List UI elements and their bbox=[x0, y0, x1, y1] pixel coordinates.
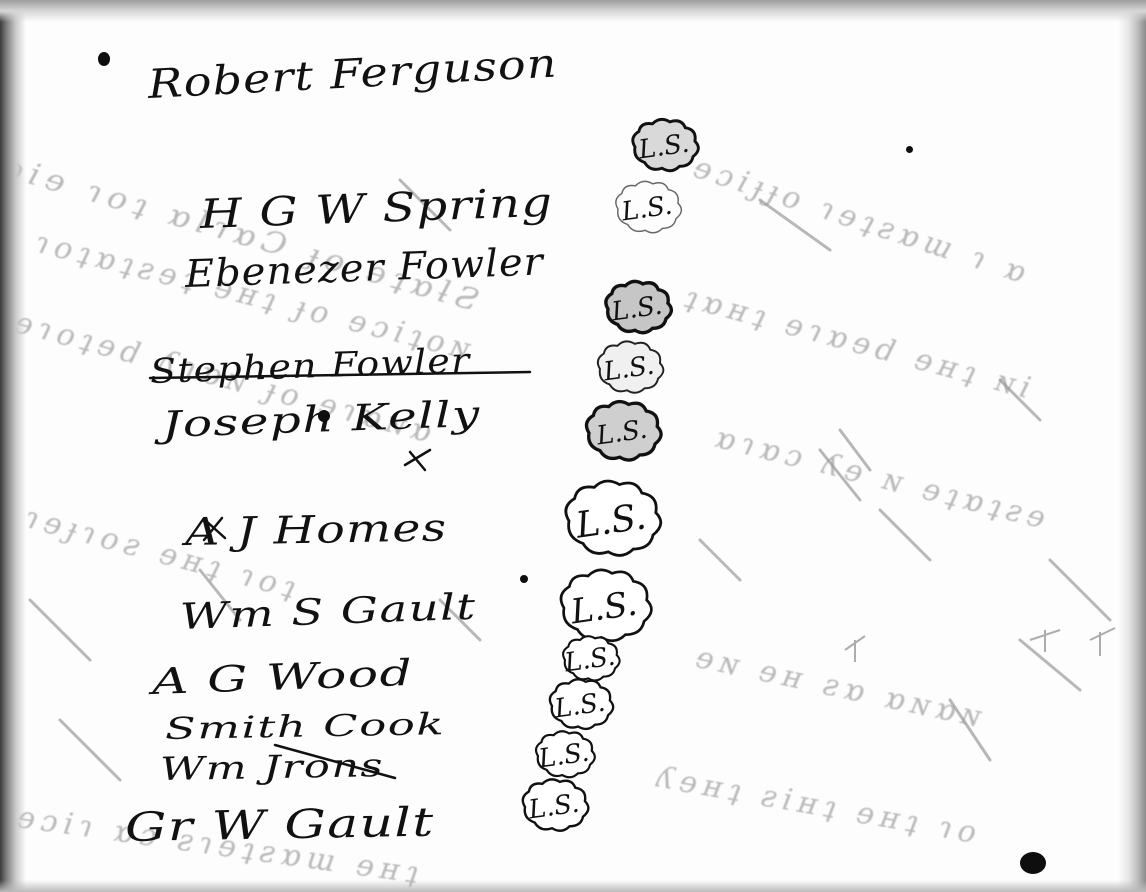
cross-mark-icon bbox=[204, 518, 225, 540]
ink-blot bbox=[1020, 852, 1046, 874]
document-page: ɔiɘ ɿoʇ ɒlɿɒƆ ɟo ɘʇɒƚƧ ɿoʇɒʇƨɘʇ ɘʜʇ ɟo ɘ… bbox=[0, 0, 1146, 892]
ink-blot bbox=[906, 146, 913, 153]
ink-blot bbox=[318, 410, 330, 422]
cross-mark-icon bbox=[405, 450, 430, 470]
scan-edge-right bbox=[1118, 0, 1146, 892]
strike-line bbox=[150, 372, 530, 378]
ink-blot bbox=[98, 52, 110, 66]
scan-edge-top bbox=[0, 0, 1146, 22]
scan-edge-bottom bbox=[0, 880, 1146, 892]
flourish-line bbox=[275, 745, 395, 778]
ink-blot bbox=[520, 575, 528, 583]
scan-edge-left bbox=[0, 0, 26, 892]
ink-marks bbox=[0, 0, 1146, 892]
